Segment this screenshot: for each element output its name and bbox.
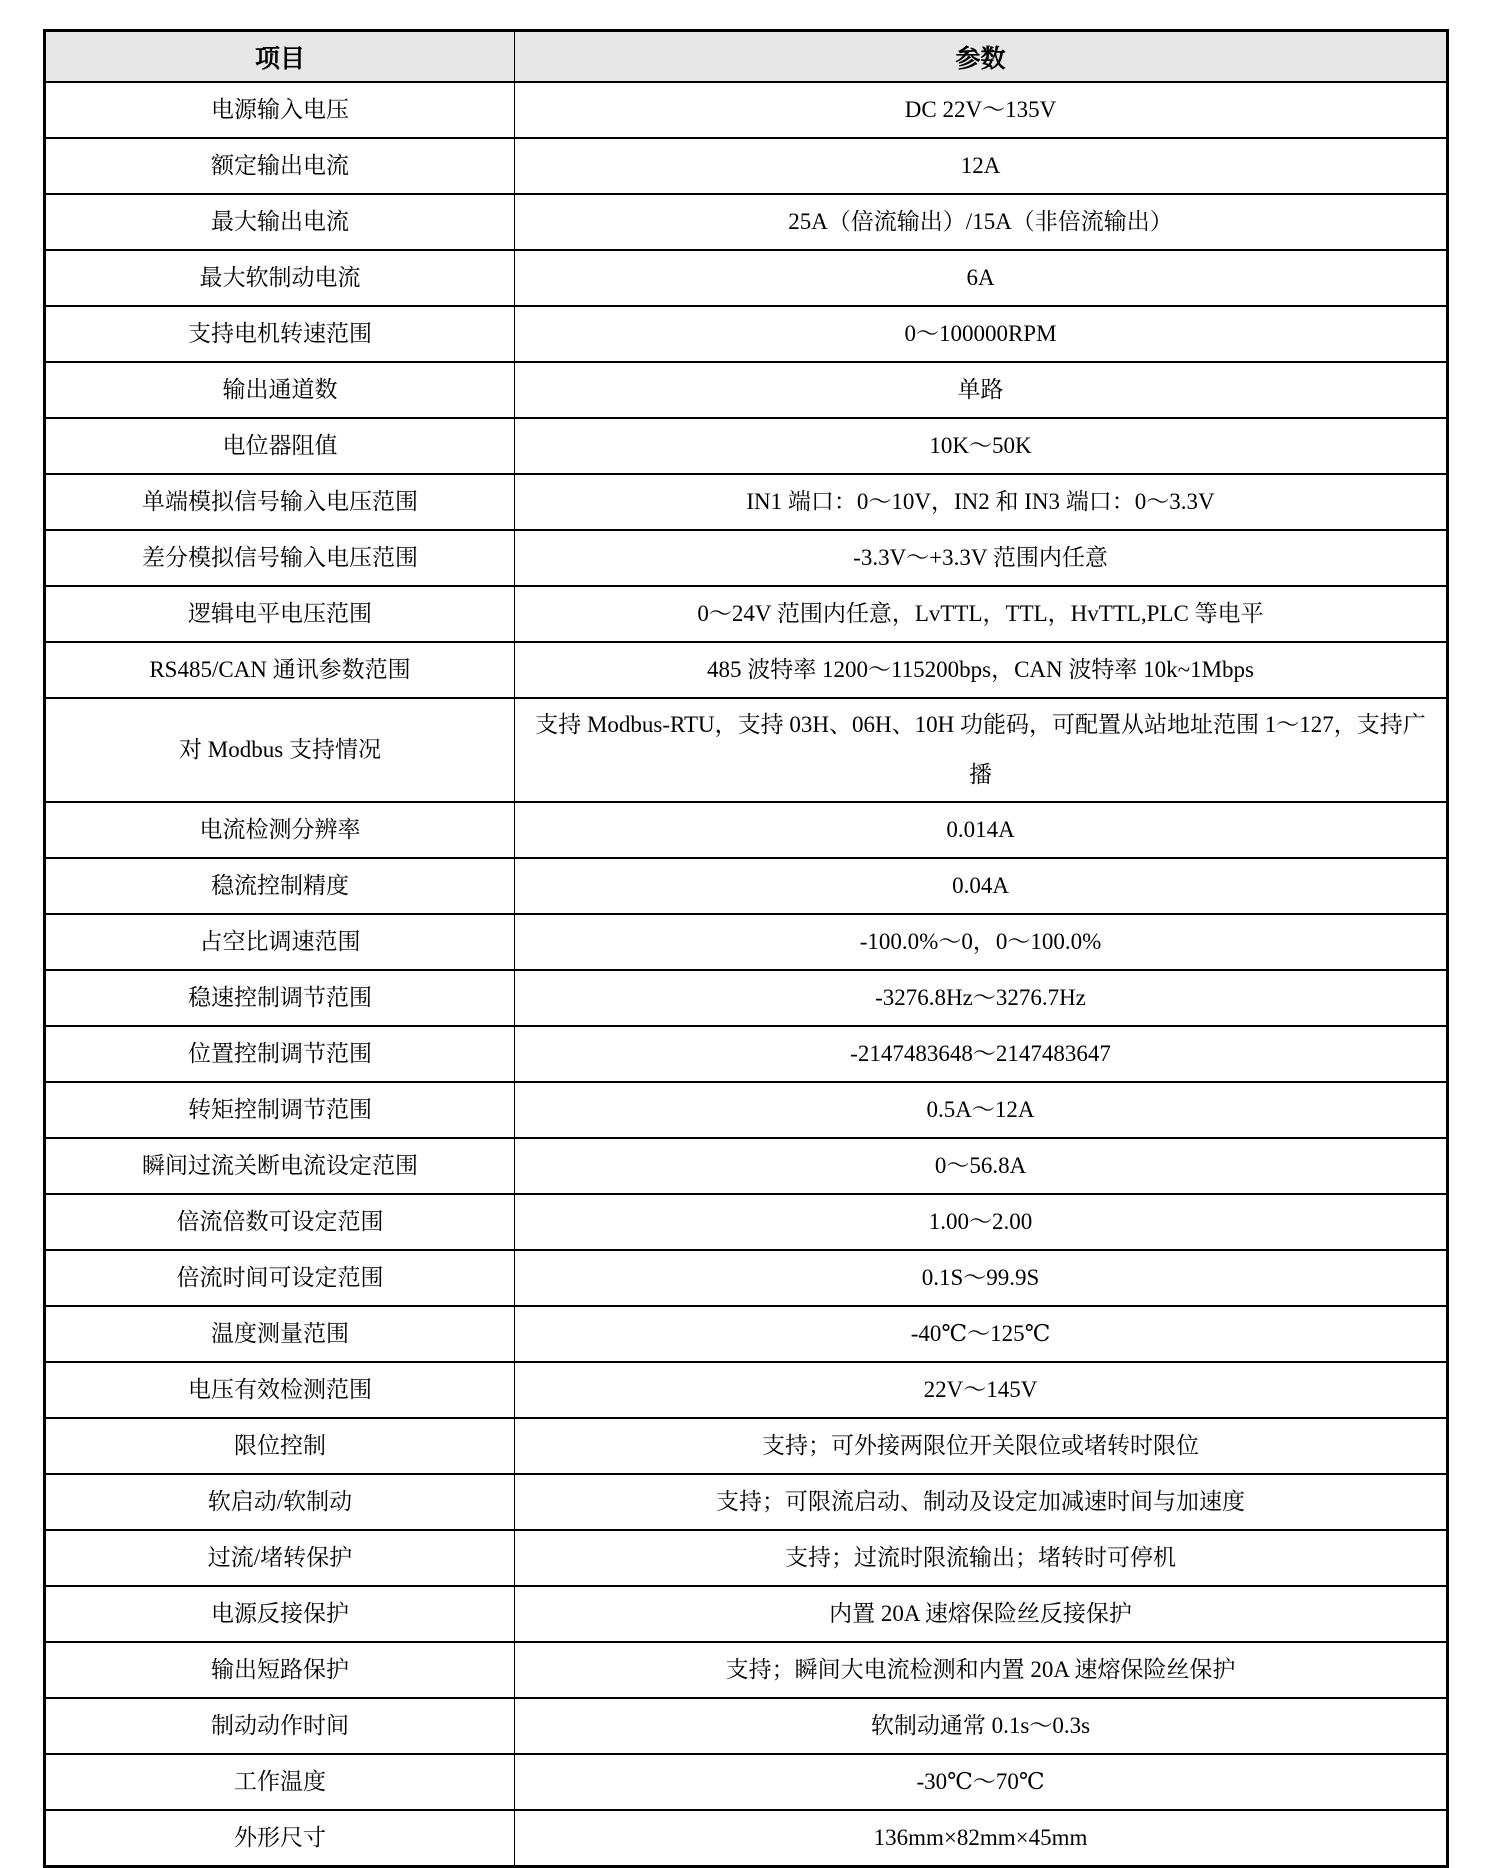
spec-table: 项目 参数 电源输入电压DC 22V～135V额定输出电流12A最大输出电流25… (43, 29, 1449, 1868)
table-row: 占空比调速范围-100.0%～0，0～100.0% (45, 914, 1448, 970)
param-cell: 10K～50K (515, 418, 1448, 474)
param-cell: -100.0%～0，0～100.0% (515, 914, 1448, 970)
table-header: 项目 参数 (45, 31, 1448, 83)
item-cell: 倍流时间可设定范围 (45, 1250, 515, 1306)
item-cell: 电源反接保护 (45, 1586, 515, 1642)
item-cell: 转矩控制调节范围 (45, 1082, 515, 1138)
item-cell: 电源输入电压 (45, 82, 515, 138)
item-cell: 软启动/软制动 (45, 1474, 515, 1530)
param-cell: 软制动通常 0.1s～0.3s (515, 1698, 1448, 1754)
param-cell: 支持 Modbus-RTU，支持 03H、06H、10H 功能码，可配置从站地址… (515, 698, 1448, 802)
param-cell: -3276.8Hz～3276.7Hz (515, 970, 1448, 1026)
table-row: 外形尺寸136mm×82mm×45mm (45, 1810, 1448, 1867)
table-row: 过流/堵转保护支持；过流时限流输出；堵转时可停机 (45, 1530, 1448, 1586)
table-row: RS485/CAN 通讯参数范围485 波特率 1200～115200bps，C… (45, 642, 1448, 698)
param-cell: 0～100000RPM (515, 306, 1448, 362)
table-row: 瞬间过流关断电流设定范围0～56.8A (45, 1138, 1448, 1194)
table-row: 电压有效检测范围22V～145V (45, 1362, 1448, 1418)
table-row: 转矩控制调节范围0.5A～12A (45, 1082, 1448, 1138)
param-cell: DC 22V～135V (515, 82, 1448, 138)
item-cell: 差分模拟信号输入电压范围 (45, 530, 515, 586)
header-param: 参数 (515, 31, 1448, 83)
table-row: 电流检测分辨率0.014A (45, 802, 1448, 858)
table-row: 支持电机转速范围0～100000RPM (45, 306, 1448, 362)
item-cell: 输出通道数 (45, 362, 515, 418)
param-cell: 支持；可限流启动、制动及设定加减速时间与加速度 (515, 1474, 1448, 1530)
param-cell: IN1 端口：0～10V，IN2 和 IN3 端口：0～3.3V (515, 474, 1448, 530)
item-cell: 工作温度 (45, 1754, 515, 1810)
item-cell: 最大输出电流 (45, 194, 515, 250)
item-cell: 稳速控制调节范围 (45, 970, 515, 1026)
table-row: 对 Modbus 支持情况支持 Modbus-RTU，支持 03H、06H、10… (45, 698, 1448, 802)
item-cell: 占空比调速范围 (45, 914, 515, 970)
table-row: 最大软制动电流6A (45, 250, 1448, 306)
table-row: 输出通道数单路 (45, 362, 1448, 418)
table-row: 限位控制支持；可外接两限位开关限位或堵转时限位 (45, 1418, 1448, 1474)
table-row: 电源反接保护内置 20A 速熔保险丝反接保护 (45, 1586, 1448, 1642)
table-row: 倍流时间可设定范围0.1S～99.9S (45, 1250, 1448, 1306)
param-cell: 支持；过流时限流输出；堵转时可停机 (515, 1530, 1448, 1586)
item-cell: 单端模拟信号输入电压范围 (45, 474, 515, 530)
param-cell: 内置 20A 速熔保险丝反接保护 (515, 1586, 1448, 1642)
item-cell: 过流/堵转保护 (45, 1530, 515, 1586)
header-row: 项目 参数 (45, 31, 1448, 83)
item-cell: 逻辑电平电压范围 (45, 586, 515, 642)
param-cell: 支持；可外接两限位开关限位或堵转时限位 (515, 1418, 1448, 1474)
table-row: 输出短路保护支持；瞬间大电流检测和内置 20A 速熔保险丝保护 (45, 1642, 1448, 1698)
param-cell: -3.3V～+3.3V 范围内任意 (515, 530, 1448, 586)
item-cell: 限位控制 (45, 1418, 515, 1474)
item-cell: 额定输出电流 (45, 138, 515, 194)
item-cell: 制动动作时间 (45, 1698, 515, 1754)
item-cell: 最大软制动电流 (45, 250, 515, 306)
param-cell: 0.5A～12A (515, 1082, 1448, 1138)
item-cell: 电压有效检测范围 (45, 1362, 515, 1418)
item-cell: 稳流控制精度 (45, 858, 515, 914)
item-cell: 倍流倍数可设定范围 (45, 1194, 515, 1250)
document-page: 项目 参数 电源输入电压DC 22V～135V额定输出电流12A最大输出电流25… (0, 0, 1500, 1836)
table-row: 倍流倍数可设定范围1.00～2.00 (45, 1194, 1448, 1250)
table-row: 稳流控制精度0.04A (45, 858, 1448, 914)
item-cell: 对 Modbus 支持情况 (45, 698, 515, 802)
item-cell: 输出短路保护 (45, 1642, 515, 1698)
param-cell: -2147483648～2147483647 (515, 1026, 1448, 1082)
table-row: 最大输出电流25A（倍流输出）/15A（非倍流输出） (45, 194, 1448, 250)
param-cell: 25A（倍流输出）/15A（非倍流输出） (515, 194, 1448, 250)
item-cell: 位置控制调节范围 (45, 1026, 515, 1082)
param-cell: 485 波特率 1200～115200bps，CAN 波特率 10k~1Mbps (515, 642, 1448, 698)
param-cell: 136mm×82mm×45mm (515, 1810, 1448, 1867)
item-cell: 温度测量范围 (45, 1306, 515, 1362)
table-row: 逻辑电平电压范围0～24V 范围内任意，LvTTL，TTL，HvTTL,PLC … (45, 586, 1448, 642)
item-cell: 瞬间过流关断电流设定范围 (45, 1138, 515, 1194)
table-row: 差分模拟信号输入电压范围-3.3V～+3.3V 范围内任意 (45, 530, 1448, 586)
table-row: 工作温度-30℃～70℃ (45, 1754, 1448, 1810)
item-cell: 电位器阻值 (45, 418, 515, 474)
table-row: 位置控制调节范围-2147483648～2147483647 (45, 1026, 1448, 1082)
table-row: 电位器阻值10K～50K (45, 418, 1448, 474)
table-row: 单端模拟信号输入电压范围IN1 端口：0～10V，IN2 和 IN3 端口：0～… (45, 474, 1448, 530)
table-row: 电源输入电压DC 22V～135V (45, 82, 1448, 138)
param-cell: 22V～145V (515, 1362, 1448, 1418)
param-cell: 支持；瞬间大电流检测和内置 20A 速熔保险丝保护 (515, 1642, 1448, 1698)
param-cell: -30℃～70℃ (515, 1754, 1448, 1810)
param-cell: 0.014A (515, 802, 1448, 858)
param-cell: 0.1S～99.9S (515, 1250, 1448, 1306)
header-item: 项目 (45, 31, 515, 83)
item-cell: RS485/CAN 通讯参数范围 (45, 642, 515, 698)
table-row: 额定输出电流12A (45, 138, 1448, 194)
item-cell: 支持电机转速范围 (45, 306, 515, 362)
param-cell: 0.04A (515, 858, 1448, 914)
param-cell: -40℃～125℃ (515, 1306, 1448, 1362)
param-cell: 6A (515, 250, 1448, 306)
param-cell: 0～56.8A (515, 1138, 1448, 1194)
table-row: 温度测量范围-40℃～125℃ (45, 1306, 1448, 1362)
param-cell: 12A (515, 138, 1448, 194)
table-body: 电源输入电压DC 22V～135V额定输出电流12A最大输出电流25A（倍流输出… (45, 82, 1448, 1867)
table-row: 制动动作时间软制动通常 0.1s～0.3s (45, 1698, 1448, 1754)
param-cell: 1.00～2.00 (515, 1194, 1448, 1250)
param-cell: 单路 (515, 362, 1448, 418)
item-cell: 电流检测分辨率 (45, 802, 515, 858)
item-cell: 外形尺寸 (45, 1810, 515, 1867)
param-cell: 0～24V 范围内任意，LvTTL，TTL，HvTTL,PLC 等电平 (515, 586, 1448, 642)
table-row: 软启动/软制动支持；可限流启动、制动及设定加减速时间与加速度 (45, 1474, 1448, 1530)
table-row: 稳速控制调节范围-3276.8Hz～3276.7Hz (45, 970, 1448, 1026)
